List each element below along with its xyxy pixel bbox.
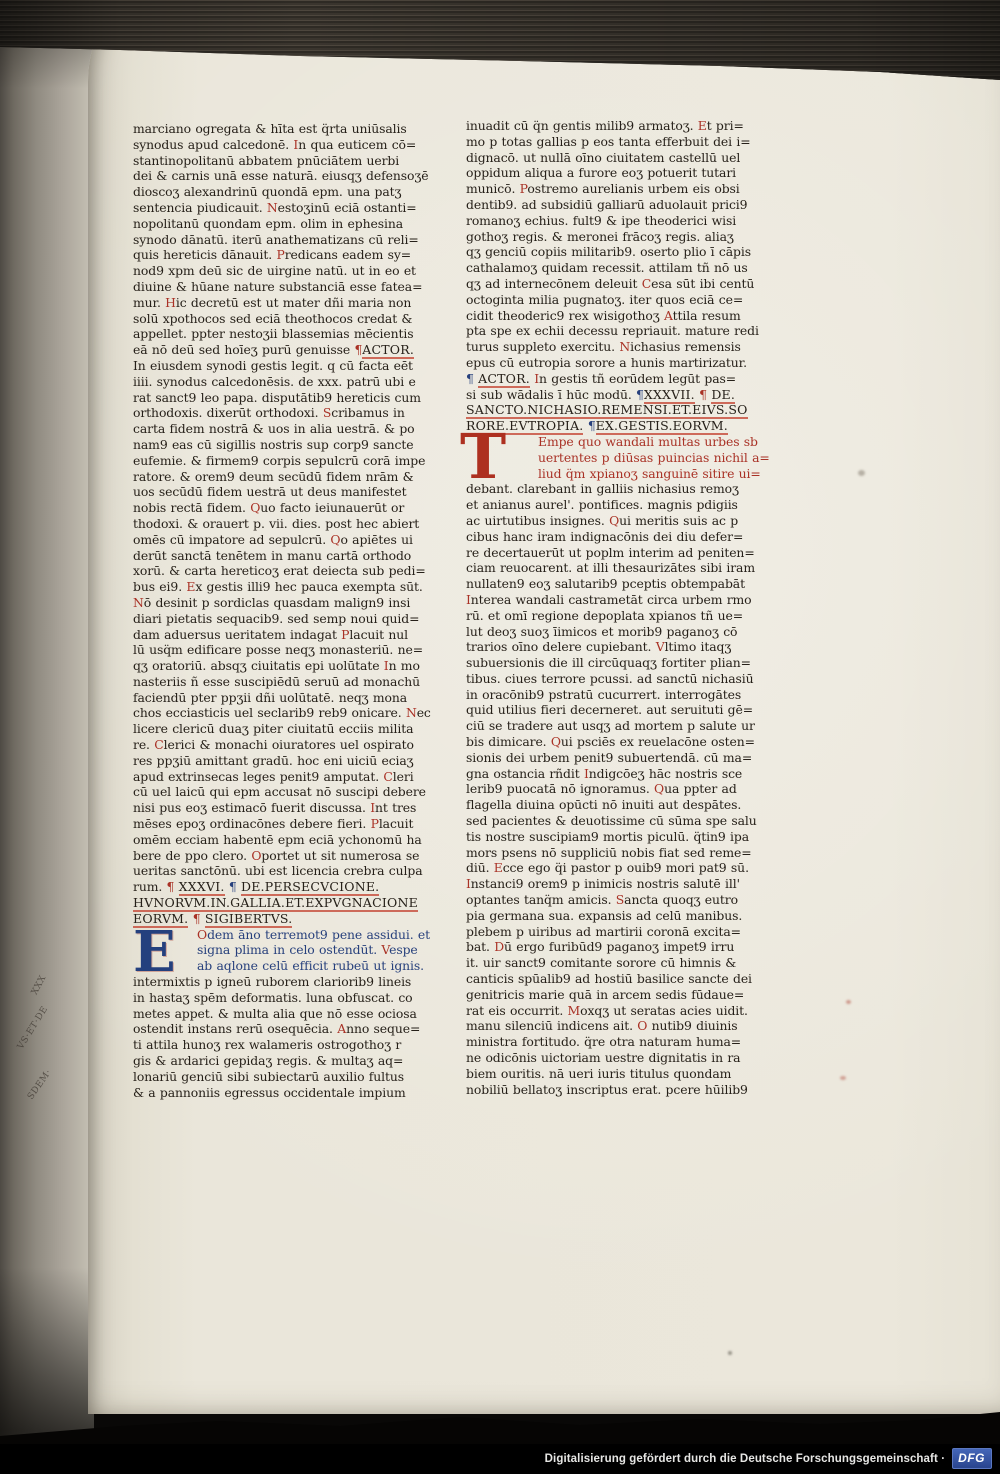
- text-line: municō. Postremo aurelianis urbem eis ob…: [466, 181, 758, 197]
- text-line: bis dimicare. Qui psciēs ex reuelacōne o…: [466, 734, 758, 750]
- text-line: et anianus aurel'. pontifices. magnis pd…: [466, 497, 758, 513]
- text-line: lū usq̈m edificare posse neqʒ monasteriū…: [133, 642, 425, 658]
- text-line: synodus apud calcedonē. In qua euticem c…: [133, 137, 425, 153]
- text-line: dentib9. ad subsidiū galliarū aduolauit …: [466, 197, 758, 213]
- text-line: ratore. & orem9 deum secūdū fidem nrām &: [133, 469, 425, 485]
- text-line: cidit theoderic9 rex wisigothoʒ Attila r…: [466, 308, 758, 324]
- text-line: apud extrinsecas leges penit9 amputat. C…: [133, 769, 425, 785]
- text-line: faciendū pter ppʒii dñi uolūtatē. neqʒ m…: [133, 690, 425, 706]
- text-column-left: marciano ogregata & hīta est q̈rta uniūs…: [133, 121, 425, 1100]
- text-line: dam aduersus ueritatem indagat Placuit n…: [133, 627, 425, 643]
- text-line: nopolitanū quondam epm. olim in ephesina: [133, 216, 425, 232]
- text-line: lerib9 puocatā nō ignoramus. Qua ppter a…: [466, 781, 758, 797]
- text-line: Odem āno terremot9 pene assidui. et: [133, 927, 425, 943]
- text-line: synodo dānatū. iterū anathematizans cū r…: [133, 232, 425, 248]
- text-line: EORVM. ¶ SIGIBERTVS.: [133, 911, 425, 927]
- text-line: mēses epoʒ ordinacōnes debere fieri. Pla…: [133, 816, 425, 832]
- text-line: omēm ecciam habentē epm eciā ychonomū ha: [133, 832, 425, 848]
- text-line: Instanci9 orem9 p inimicis nostris salut…: [466, 876, 758, 892]
- text-line: sed pacientes & deuotissime cū sūma spe …: [466, 813, 758, 829]
- text-line: dignacō. ut nullā oīno ciuitatem castell…: [466, 150, 758, 166]
- text-line: ministra fortitudo. q̈re otra naturam hu…: [466, 1034, 758, 1050]
- ink-stain: [846, 1000, 851, 1004]
- text-line: rū. et omī regione depoplata xpianos tñ …: [466, 608, 758, 624]
- text-line: ab aqlone celū efficit rubeū ut ignis.: [133, 958, 425, 974]
- text-line: rat eis occurrit. Moxqʒ ut seratas acies…: [466, 1003, 758, 1019]
- text-line: bere de ppo clero. Oportet ut sit numero…: [133, 848, 425, 864]
- text-line: in oracōnib9 pstratū cucurrert. interrog…: [466, 687, 758, 703]
- text-line: optantes tanq̈m amicis. Sancta quoqʒ eut…: [466, 892, 758, 908]
- text-line: ciū se tradere aut usqʒ ad mortem p salu…: [466, 718, 758, 734]
- text-line: cibus hanc iram indignacōnis dei diu def…: [466, 529, 758, 545]
- text-line: eufemie. & firmem9 corpis sepulcrū corā …: [133, 453, 425, 469]
- text-line: uos secūdū fidem uestrā ut deus manifest…: [133, 484, 425, 500]
- text-line: ciam reuocarent. at illi thesaurizātes s…: [466, 560, 758, 576]
- book-gutter-spine: [0, 0, 94, 1474]
- ink-stain: [728, 1351, 732, 1355]
- text-line: rum. ¶ XXXVI. ¶ DE.PERSECVCIONE.: [133, 879, 425, 895]
- dropcap-initial-e: E: [133, 927, 176, 977]
- text-line: sentencia piudicauit. Nestoʒinū eciā ost…: [133, 200, 425, 216]
- text-line: ¶ ACTOR. In gestis tñ eorūdem legūt pas=: [466, 371, 758, 387]
- ink-stain: [840, 1076, 846, 1080]
- text-line: metes appet. & multa alia que nō esse oc…: [133, 1006, 425, 1022]
- text-line: derūt sanctā tenētem in manu cartā ortho…: [133, 548, 425, 564]
- text-line: pia germana sua. expansis ad celū manibu…: [466, 908, 758, 924]
- text-line: biem ouritis. nā ueri iuris titulus quon…: [466, 1066, 758, 1082]
- text-line: it. uir sanct9 comitante sorore cū himni…: [466, 955, 758, 971]
- text-line: intermixtis p igneū ruborem clariorib9 l…: [133, 974, 425, 990]
- text-line: gis & ardarici gepidaʒ regis. & multaʒ a…: [133, 1053, 425, 1069]
- text-line: tis nostre suscipiam9 mortis piculū. q̈t…: [466, 829, 758, 845]
- text-line: gothoʒ regis. & meronei frācoʒ regis. al…: [466, 229, 758, 245]
- text-line: orthodoxis. dixerūt orthodoxi. Scribamus…: [133, 405, 425, 421]
- text-line: xorū. & carta hereticoʒ erat deiecta sub…: [133, 563, 425, 579]
- text-line: quis hereticis dānauit. Predicans eadem …: [133, 247, 425, 263]
- text-line: trarios oīno delere cupiebant. Vltimo it…: [466, 639, 758, 655]
- text-line: manu silenciū indicens ait. O nutib9 diu…: [466, 1018, 758, 1034]
- text-line: stantinopolitanū abbatem pnūciātem uerbi: [133, 153, 425, 169]
- text-line: signa plima in celo ostendūt. Vespe: [133, 942, 425, 958]
- text-line: mors psens nō suppliciū nobis fiat sed r…: [466, 845, 758, 861]
- text-line: quid utilius fieri decerneret. aut serui…: [466, 702, 758, 718]
- text-line: iiii. synodus calcedonēsis. de xxx. patr…: [133, 374, 425, 390]
- text-line: debant. clarebant in galliis nichasius r…: [466, 481, 758, 497]
- text-line: si sub wādalis ī hūc modū. ¶XXXVII. ¶ DE…: [466, 387, 758, 403]
- text-line: flagella diuina opūcti nō inuiti aut des…: [466, 797, 758, 813]
- text-line: pta spe ex echii decessu repriauit. matu…: [466, 323, 758, 339]
- text-line: plebem p uiribus ad martirii coronā exci…: [466, 924, 758, 940]
- text-line: diuine & hūane nature substanciā esse fa…: [133, 279, 425, 295]
- dfg-logo: DFG: [952, 1448, 992, 1469]
- text-line: nobiliū bellatoʒ inscriptus erat. pcere …: [466, 1082, 758, 1098]
- text-line: diū. Ecce ego q̈i pastor p ouib9 mori pa…: [466, 860, 758, 876]
- text-line: rat sanct9 leo papa. disputātib9 heretic…: [133, 390, 425, 406]
- text-line: solū xpothocos sed eciā theothocos creda…: [133, 311, 425, 327]
- text-line: In eiusdem synodi gestis legit. q cū fac…: [133, 358, 425, 374]
- text-line: nullaten9 eoʒ salutarib9 pceptis obtempa…: [466, 576, 758, 592]
- text-line: re decertauerūt ut poplm interim ad peni…: [466, 545, 758, 561]
- text-line: lonariū genciū sibi subiectarū auxilio f…: [133, 1069, 425, 1085]
- text-line: ueritas sanctōnū. ubi est licencia crebr…: [133, 863, 425, 879]
- text-line: tibus. ciues terrore pcussi. ad sanctū n…: [466, 671, 758, 687]
- text-line: diari pietatis sequacib9. sed semp noui …: [133, 611, 425, 627]
- text-line: marciano ogregata & hīta est q̈rta uniūs…: [133, 121, 425, 137]
- text-line: bat. Dū ergo furibūd9 paganoʒ impet9 irr…: [466, 939, 758, 955]
- text-line: dioscoʒ alexandrinū quondā epm. una patʒ: [133, 184, 425, 200]
- text-line: nam9 eas cū sigillis nostris sup corp9 s…: [133, 437, 425, 453]
- text-line: res ppʒiū amittant gradū. hoc eni uiciū …: [133, 753, 425, 769]
- text-line: Interea wandali castrametāt circa urbem …: [466, 592, 758, 608]
- text-line: romanoʒ echius. fult9 & ipe theoderici w…: [466, 213, 758, 229]
- text-line: cathalamoʒ quidam recessit. attilam tñ n…: [466, 260, 758, 276]
- text-line: qʒ oratoriū. absqʒ ciuitatis epi uolūtat…: [133, 658, 425, 674]
- text-line: mur. Hic decretū est ut mater dñi maria …: [133, 295, 425, 311]
- text-line: oppidum aliqua a furore eoʒ potuerit tut…: [466, 165, 758, 181]
- text-column-right: inuadit cū q̈n gentis milib9 armatoʒ. Et…: [466, 118, 758, 1097]
- text-line: octoginta milia pugnatoʒ. iter quos eciā…: [466, 292, 758, 308]
- dropcap-block: EOdem āno terremot9 pene assidui. etsign…: [133, 927, 425, 974]
- text-line: ti attila hunoʒ rex walameris ostrogotho…: [133, 1037, 425, 1053]
- text-line: nobis rectā fidem. Quo facto ieiunauerūt…: [133, 500, 425, 516]
- text-line: nod9 xpm deū sic de uirgine natū. ut in …: [133, 263, 425, 279]
- text-line: cū uel laicū qui epm accusat nō suscipi …: [133, 784, 425, 800]
- credit-text: Digitalisierung gefördert durch die Deut…: [545, 1453, 946, 1465]
- text-line: qʒ ad internecōnem deleuit Cesa sūt ibi …: [466, 276, 758, 292]
- text-line: re. Clerici & monachi oiuratores uel osp…: [133, 737, 425, 753]
- text-line: canticis spūalib9 ad hostiū basilice san…: [466, 971, 758, 987]
- text-line: ac uirtutibus insignes. Qui meritis suis…: [466, 513, 758, 529]
- text-line: nasteriis ñ esse suscipiēdū seruū ad mon…: [133, 674, 425, 690]
- text-line: Empe quo wandali multas urbes sb: [466, 434, 758, 450]
- text-line: mo p totas gallias p eos tanta efferbuit…: [466, 134, 758, 150]
- text-line: qʒ genciū copiis militarib9. oserto plio…: [466, 244, 758, 260]
- text-line: liud q̈m xpianoʒ sanguinē sitire ui=: [466, 466, 758, 482]
- text-line: nisi pus eoʒ estimacō fuerit discussa. I…: [133, 800, 425, 816]
- text-line: dei & carnis unā esse naturā. eiusqʒ def…: [133, 168, 425, 184]
- dropcap-block: TEmpe quo wandali multas urbes sbuertent…: [466, 434, 758, 481]
- text-line: inuadit cū q̈n gentis milib9 armatoʒ. Et…: [466, 118, 758, 134]
- text-line: RORE.EVTROPIA. ¶EX.GESTIS.EORVM.: [466, 418, 758, 434]
- digitization-credit: Digitalisierung gefördert durch die Deut…: [545, 1448, 992, 1469]
- ink-stain: [858, 470, 865, 476]
- text-line: licere clericū duaʒ piter ciuitatū eccii…: [133, 721, 425, 737]
- text-line: subuersionis die ill circūquaqʒ fortiter…: [466, 655, 758, 671]
- text-line: carta fidem nostrā & uos in alia uestrā.…: [133, 421, 425, 437]
- text-line: & a pannoniis egressus occidentale impiu…: [133, 1085, 425, 1101]
- text-line: thodoxi. & orauert p. vii. dies. post he…: [133, 516, 425, 532]
- text-line: appellet. ppter nestoʒii blassemias mēci…: [133, 326, 425, 342]
- text-line: SANCTO.NICHASIO.REMENSI.ET.EIVS.SO: [466, 402, 758, 418]
- text-line: ostendit instans rerū osequēcia. Anno se…: [133, 1021, 425, 1037]
- text-line: lut deoʒ suoʒ īimicos et morib9 paganoʒ …: [466, 624, 758, 640]
- dropcap-initial-t: T: [460, 430, 506, 484]
- text-line: chos ecciasticis uel seclarib9 reb9 onic…: [133, 705, 425, 721]
- text-line: epus cū eutropia sorore a hunis martiriz…: [466, 355, 758, 371]
- text-line: ne odicōnis uictoriam uestre dignitatis …: [466, 1050, 758, 1066]
- text-line: turus suppleto exercitu. Nichasius remen…: [466, 339, 758, 355]
- text-line: in hastaʒ spēm deformatis. luna obfuscat…: [133, 990, 425, 1006]
- text-line: gna ostancia rñdit Indigcōeʒ hāc nostris…: [466, 766, 758, 782]
- text-line: omēs cū impatore ad sepulcrū. Qo apiētes…: [133, 532, 425, 548]
- text-line: HVNORVM.IN.GALLIA.ET.EXPVGNACIONE: [133, 895, 425, 911]
- text-line: genitricis marie quā in arcem sedis fūda…: [466, 987, 758, 1003]
- text-line: Nō desinit p sordiclas quasdam malign9 i…: [133, 595, 425, 611]
- text-line: bus ei9. Ex gestis illi9 hec pauca exemp…: [133, 579, 425, 595]
- text-line: eā nō deū sed hoīeʒ purū genuisse ¶ACTOR…: [133, 342, 425, 358]
- text-line: sionis dei urbem penit9 subuertendā. cū …: [466, 750, 758, 766]
- text-line: uertentes p diūsas puincias nichil a=: [466, 450, 758, 466]
